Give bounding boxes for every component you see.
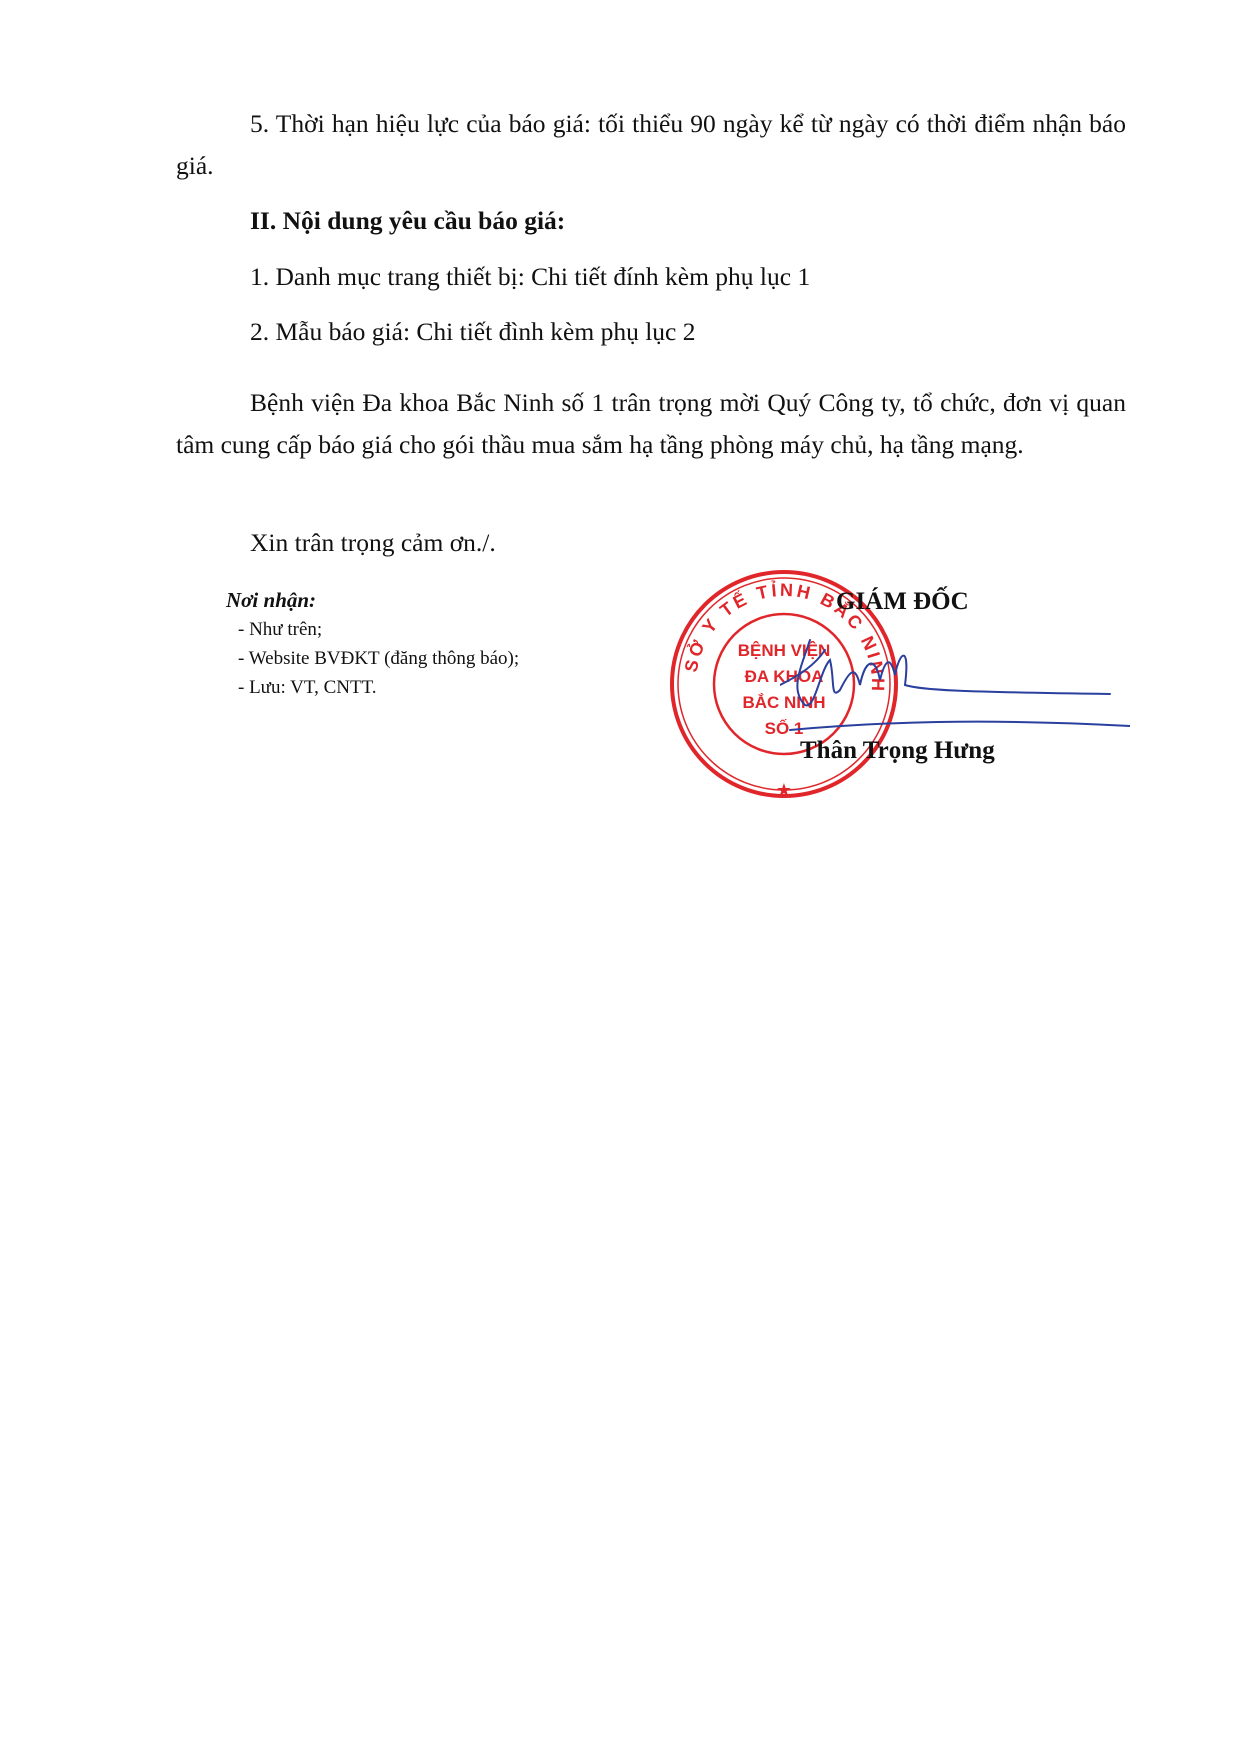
signer-name: Thân Trọng Hưng	[800, 737, 995, 765]
handwritten-signature	[780, 630, 1130, 740]
section-heading: II. Nội dung yêu cầu báo giá:	[176, 200, 1126, 242]
svg-text:★: ★	[776, 780, 792, 800]
recipient-item: - Như trên;	[238, 615, 519, 644]
signer-title: GIÁM ĐỐC	[836, 588, 969, 616]
quote-template-item: 2. Mẫu báo giá: Chi tiết đình kèm phụ lụ…	[176, 311, 1126, 353]
invitation-paragraph: Bệnh viện Đa khoa Bắc Ninh số 1 trân trọ…	[176, 382, 1126, 466]
equipment-list-item: 1. Danh mục trang thiết bị: Chi tiết đín…	[176, 256, 1126, 298]
validity-paragraph: 5. Thời hạn hiệu lực của báo giá: tối th…	[176, 103, 1126, 187]
recipient-item: - Website BVĐKT (đăng thông báo);	[238, 644, 519, 673]
recipients-block: Nơi nhận: - Như trên; - Website BVĐKT (đ…	[226, 586, 519, 702]
closing-line: Xin trân trọng cảm ơn./.	[176, 522, 1126, 564]
recipients-heading: Nơi nhận:	[226, 586, 519, 615]
recipient-item: - Lưu: VT, CNTT.	[238, 673, 519, 702]
